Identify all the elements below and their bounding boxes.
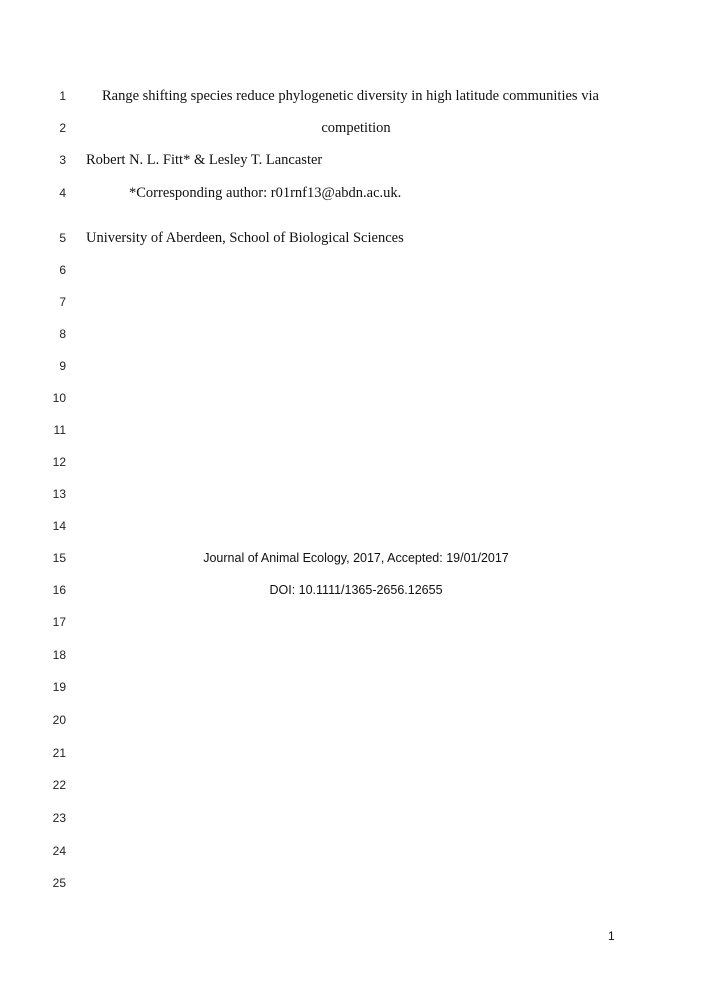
line-number: 25 — [0, 876, 66, 890]
line-number: 1 — [0, 89, 66, 103]
line-number: 19 — [0, 680, 66, 694]
paper-title-line-1: Range shifting species reduce phylogenet… — [102, 88, 599, 104]
line-number: 3 — [0, 153, 66, 167]
affiliation: University of Aberdeen, School of Biolog… — [86, 230, 404, 246]
line-number: 15 — [0, 551, 66, 565]
line-number: 12 — [0, 455, 66, 469]
line-number: 22 — [0, 778, 66, 792]
journal-info: Journal of Animal Ecology, 2017, Accepte… — [86, 550, 626, 566]
line-number: 11 — [0, 423, 66, 437]
page-number: 1 — [608, 929, 615, 943]
line-number: 7 — [0, 295, 66, 309]
line-number: 8 — [0, 327, 66, 341]
line-number: 18 — [0, 648, 66, 662]
line-number: 16 — [0, 583, 66, 597]
line-number: 9 — [0, 359, 66, 373]
line-number: 23 — [0, 811, 66, 825]
line-number: 6 — [0, 263, 66, 277]
line-number: 10 — [0, 391, 66, 405]
paper-title-line-2: competition — [86, 120, 626, 136]
line-number: 2 — [0, 121, 66, 135]
line-number: 13 — [0, 487, 66, 501]
line-number: 24 — [0, 844, 66, 858]
line-number: 21 — [0, 746, 66, 760]
line-number: 5 — [0, 231, 66, 245]
corresponding-author: *Corresponding author: r01rnf13@abdn.ac.… — [129, 185, 401, 201]
line-number: 17 — [0, 615, 66, 629]
line-number: 14 — [0, 519, 66, 533]
doi: DOI: 10.1111/1365-2656.12655 — [86, 582, 626, 598]
line-number: 4 — [0, 186, 66, 200]
line-number: 20 — [0, 713, 66, 727]
authors: Robert N. L. Fitt* & Lesley T. Lancaster — [86, 152, 322, 168]
